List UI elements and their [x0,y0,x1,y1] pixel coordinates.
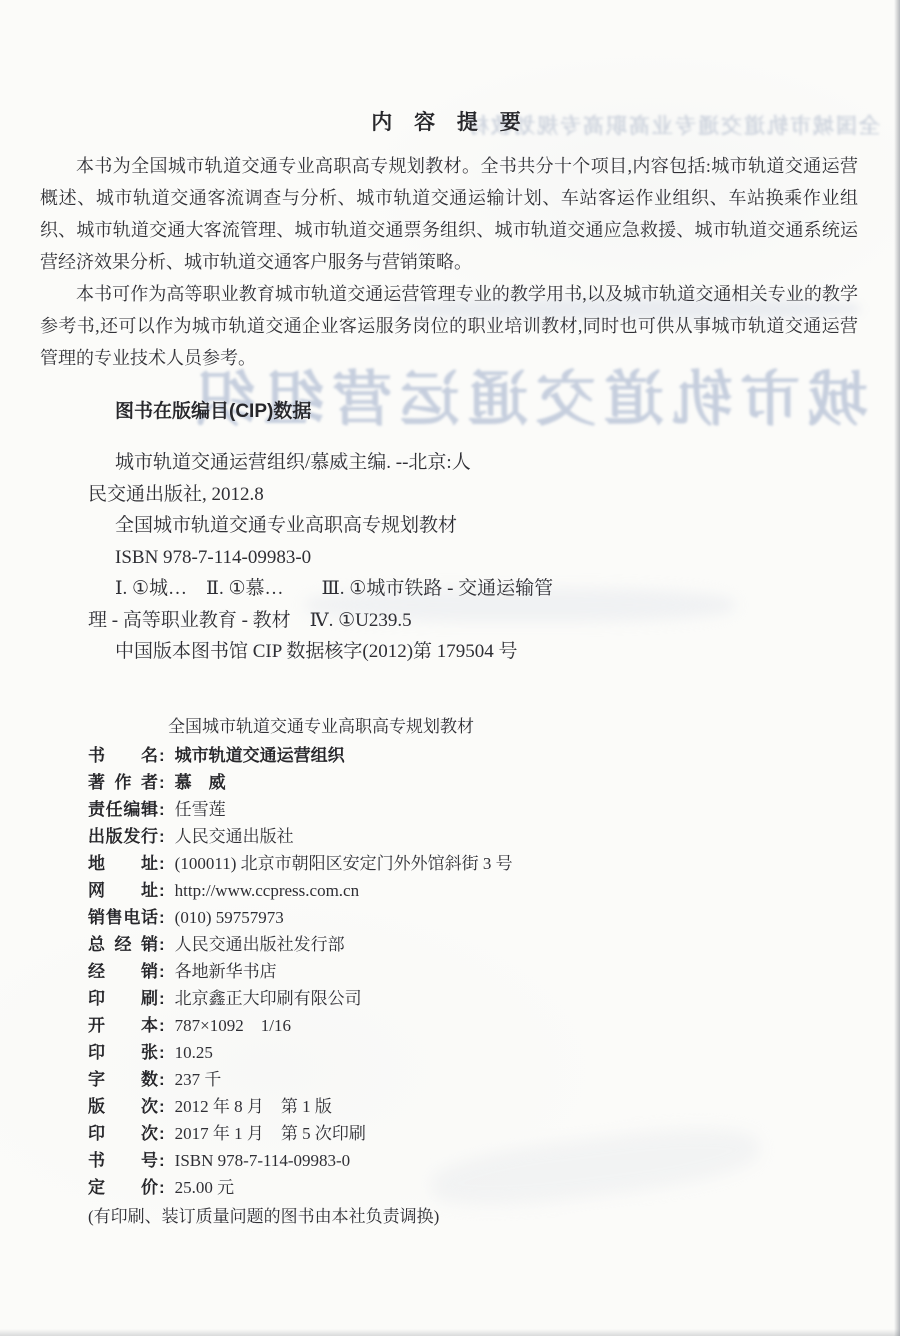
cip-line: Ⅰ. ①城… Ⅱ. ①慕… Ⅲ. ①城市铁路 - 交通运输管 [88,573,728,605]
page-scan-right-edge [894,0,900,1336]
colophon-colon: : [159,800,165,819]
colophon-label: 责任编辑 [88,796,158,823]
colophon-colon: : [159,989,165,1008]
colophon-label: 印刷 [88,985,158,1012]
colophon-value: ISBN 978-7-114-09983-0 [175,1151,351,1170]
colophon-label: 著作者 [88,769,158,796]
content-summary-body: 本书为全国城市轨道交通专业高职高专规划教材。全书共分十个项目,内容包括:城市轨道… [40,150,858,374]
colophon-label: 印次 [88,1120,158,1147]
colophon-row: 网址:http://www.ccpress.com.cn [88,877,808,904]
colophon-row: 书名:城市轨道交通运营组织 [88,742,808,769]
cip-heading: 图书在版编目(CIP)数据 [88,396,728,423]
copyright-page: 全国城市轨道交通专业高职高专规划教材 城市轨道交通运营组织 内 容 提 要 本书… [0,0,900,1336]
colophon-label: 销售电话 [88,904,158,931]
colophon-colon: : [159,1124,165,1143]
colophon-row: 地址:(100011) 北京市朝阳区安定门外外馆斜街 3 号 [88,850,808,877]
colophon-label: 印张 [88,1039,158,1066]
colophon-value: 北京鑫正大印刷有限公司 [175,989,362,1008]
cip-line: 城市轨道交通运营组织/慕威主编. --北京:人 [88,447,728,479]
colophon-note: (有印刷、装订质量问题的图书由本社负责调换) [88,1203,808,1230]
colophon-label: 版次 [88,1093,158,1120]
colophon-colon: : [159,1097,165,1116]
colophon-label: 书号 [88,1147,158,1174]
colophon-value: 任雪莲 [175,800,226,819]
summary-paragraph-1: 本书为全国城市轨道交通专业高职高专规划教材。全书共分十个项目,内容包括:城市轨道… [40,150,858,278]
colophon-colon: : [159,773,165,792]
colophon-label: 经销 [88,958,158,985]
colophon-value: 787×1092 1/16 [175,1016,291,1035]
summary-paragraph-2: 本书可作为高等职业教育城市轨道交通运营管理专业的教学用书,以及城市轨道交通相关专… [40,278,858,374]
colophon-colon: : [159,746,165,765]
content-summary-heading: 内 容 提 要 [0,106,900,136]
colophon-colon: : [159,1178,165,1197]
colophon-label: 定价 [88,1174,158,1201]
colophon-label: 网址 [88,877,158,904]
colophon-label: 字数 [88,1066,158,1093]
colophon-row: 经销:各地新华书店 [88,958,808,985]
colophon-row: 开本:787×1092 1/16 [88,1012,808,1039]
colophon-colon: : [159,935,165,954]
cip-line: 全国城市轨道交通专业高职高专规划教材 [88,510,728,542]
colophon-row: 定价:25.00 元 [88,1174,808,1201]
colophon-colon: : [159,1016,165,1035]
colophon-value: 人民交通出版社发行部 [175,935,345,954]
colophon-label: 开本 [88,1012,158,1039]
colophon-value: 各地新华书店 [175,962,277,981]
colophon-row: 著作者:慕 威 [88,769,808,796]
colophon-label: 地址 [88,850,158,877]
colophon-row: 版次:2012 年 8 月 第 1 版 [88,1093,808,1120]
colophon-colon: : [159,908,165,927]
colophon-value: 2012 年 8 月 第 1 版 [175,1097,332,1116]
colophon-colon: : [159,962,165,981]
colophon-colon: : [159,854,165,873]
colophon-value: (100011) 北京市朝阳区安定门外外馆斜街 3 号 [175,854,513,873]
colophon-colon: : [159,881,165,900]
colophon-value: (010) 59757973 [175,908,284,927]
colophon-row: 总经销:人民交通出版社发行部 [88,931,808,958]
colophon-row: 印张:10.25 [88,1039,808,1066]
cip-line: 中国版本图书馆 CIP 数据核字(2012)第 179504 号 [88,636,728,668]
colophon-colon: : [159,1070,165,1089]
colophon-value: 25.00 元 [175,1178,235,1197]
colophon-label: 总经销 [88,931,158,958]
colophon-value: 慕 威 [175,773,226,792]
cip-lines: 城市轨道交通运营组织/慕威主编. --北京:人民交通出版社, 2012.8全国城… [88,447,728,668]
colophon-row: 书号:ISBN 978-7-114-09983-0 [88,1147,808,1174]
colophon-value: 2017 年 1 月 第 5 次印刷 [175,1124,366,1143]
page-scan-bottom-edge [0,1329,900,1336]
colophon-label: 书名 [88,742,158,769]
colophon-row: 出版发行:人民交通出版社 [88,823,808,850]
colophon-colon: : [159,1043,165,1062]
colophon-value: 人民交通出版社 [175,827,294,846]
colophon-row: 字数:237 千 [88,1066,808,1093]
colophon-value: http://www.ccpress.com.cn [175,881,359,900]
series-title: 全国城市轨道交通专业高职高专规划教材 [168,712,474,737]
colophon-value: 城市轨道交通运营组织 [175,746,345,765]
cip-line: 民交通出版社, 2012.8 [88,479,728,511]
cip-block: 图书在版编目(CIP)数据 城市轨道交通运营组织/慕威主编. --北京:人民交通… [88,396,728,668]
cip-line: ISBN 978-7-114-09983-0 [88,542,728,574]
cip-line: 理 - 高等职业教育 - 教材 Ⅳ. ①U239.5 [88,605,728,637]
colophon-value: 10.25 [175,1043,213,1062]
colophon-label: 出版发行 [88,823,158,850]
colophon: 书名:城市轨道交通运营组织著作者:慕 威责任编辑:任雪莲出版发行:人民交通出版社… [88,742,808,1230]
colophon-colon: : [159,827,165,846]
colophon-row: 责任编辑:任雪莲 [88,796,808,823]
colophon-value: 237 千 [175,1070,222,1089]
scanned-book-copyright-page: { "page": { "summary": { "title": "内 容 提… [0,0,900,1336]
colophon-row: 印次:2017 年 1 月 第 5 次印刷 [88,1120,808,1147]
colophon-colon: : [159,1151,165,1170]
colophon-row: 销售电话:(010) 59757973 [88,904,808,931]
colophon-row: 印刷:北京鑫正大印刷有限公司 [88,985,808,1012]
colophon-rows: 书名:城市轨道交通运营组织著作者:慕 威责任编辑:任雪莲出版发行:人民交通出版社… [88,742,808,1201]
